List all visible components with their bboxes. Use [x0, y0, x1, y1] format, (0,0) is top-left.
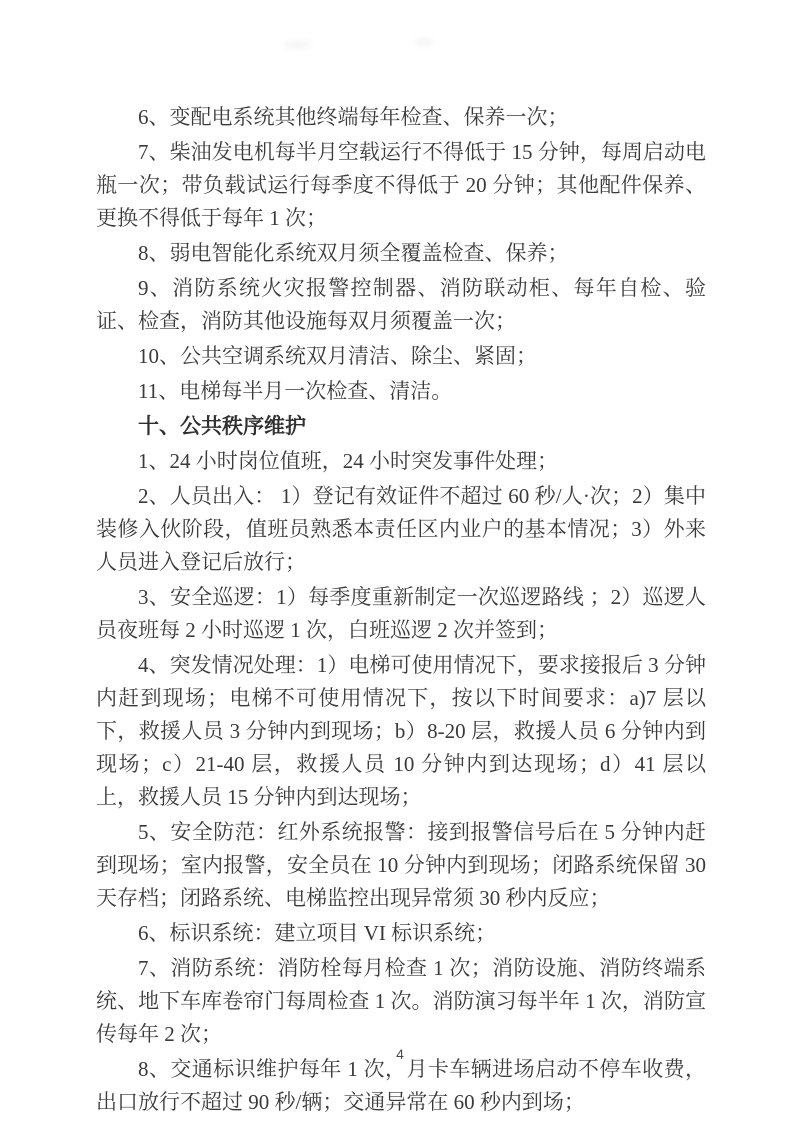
- document-paragraph: 7、柴油发电机每半月空载运行不得低于 15 分钟，每周启动电瓶一次；带负载试运行…: [96, 136, 706, 235]
- document-paragraph: 6、变配电系统其他终端每年检查、保养一次；: [96, 101, 706, 134]
- document-paragraph: 6、标识系统：建立项目 VI 标识系统；: [96, 917, 706, 950]
- document-paragraph: 2、人员出入： 1）登记有效证件不超过 60 秒/人·次；2）集中装修入伙阶段，…: [96, 480, 706, 579]
- document-body: 6、变配电系统其他终端每年检查、保养一次；7、柴油发电机每半月空载运行不得低于 …: [96, 101, 706, 1121]
- document-paragraph: 11、电梯每半月一次检查、清洁。: [96, 375, 706, 408]
- page-number: 4: [0, 1046, 800, 1062]
- document-paragraph: 8、弱电智能化系统双月须全覆盖检查、保养；: [96, 237, 706, 270]
- document-paragraph: 10、公共空调系统双月清洁、除尘、紧固；: [96, 340, 706, 373]
- document-paragraph: 4、突发情况处理：1）电梯可使用情况下，要求接报后 3 分钟内赶到现场；电梯不可…: [96, 649, 706, 814]
- document-page: 6、变配电系统其他终端每年检查、保养一次；7、柴油发电机每半月空载运行不得低于 …: [0, 0, 800, 1132]
- document-paragraph: 9、消防系统火灾报警控制器、消防联动柜、每年自检、验证、检查，消防其他设施每双月…: [96, 272, 706, 338]
- document-paragraph: 1、24 小时岗位值班，24 小时突发事件处理；: [96, 445, 706, 478]
- document-paragraph: 5、安全防范：红外系统报警：接到报警信号后在 5 分钟内赶到现场；室内报警，安全…: [96, 816, 706, 915]
- document-paragraph: 8、交通标识维护每年 1 次，月卡车辆进场启动不停车收费，出口放行不超过 90 …: [96, 1053, 706, 1119]
- document-paragraph: 十、公共秩序维护: [96, 410, 706, 443]
- scan-artifact: [284, 40, 310, 49]
- document-paragraph: 3、安全巡逻：1）每季度重新制定一次巡逻路线 ；2）巡逻人员夜班每 2 小时巡逻…: [96, 581, 706, 647]
- scan-artifact: [415, 38, 433, 46]
- document-paragraph: 7、消防系统：消防栓每月检查 1 次；消防设施、消防终端系统、地下车库卷帘门每周…: [96, 952, 706, 1051]
